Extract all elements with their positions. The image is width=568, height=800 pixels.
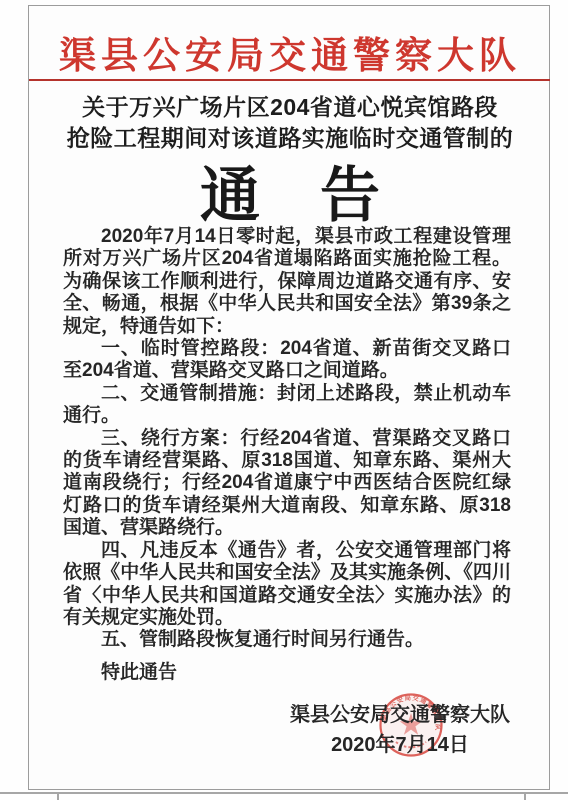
notice-paragraph-intro: 2020年7月14日零时起，渠县市政工程建设管理所对万兴广场片区204省道塌陷路… [63, 226, 511, 338]
signature-block: 渠县公安局交通警察大队 2020年7月14日 [290, 700, 510, 760]
bottom-page-divider [0, 792, 568, 794]
notice-subtitle-line1: 关于万兴广场片区204省道心悦宾馆路段 [28, 89, 552, 122]
notice-paragraph-item2: 二、交通管制措施：封闭上述路段，禁止机动车通行。 [63, 383, 511, 428]
notice-paragraph-item5: 五、管制路段恢复通行时间另行通告。 [63, 629, 511, 651]
notice-body: 2020年7月14日零时起，渠县市政工程建设管理所对万兴广场片区204省道塌陷路… [63, 226, 511, 684]
signature-date: 2020年7月14日 [290, 730, 510, 760]
header-divider-rule [29, 79, 550, 81]
notice-closing: 特此通告 [63, 662, 511, 684]
bottom-frame-stub-right [524, 793, 526, 800]
notice-paragraph-item4: 四、凡违反本《通告》者，公安交通管理部门将依照《中华人民共和国安全法》及其实施条… [63, 540, 511, 630]
bottom-frame-stub-left [57, 793, 59, 800]
notice-title: 通 告 [28, 148, 552, 234]
notice-page: 渠县公安局交通警察大队 关于万兴广场片区204省道心悦宾馆路段 抢险工程期间对该… [0, 0, 568, 800]
notice-paragraph-item1: 一、临时管控路段：204省道、新苗街交叉路口至204省道、营渠路交叉路口之间道路… [63, 338, 511, 383]
notice-paragraph-item3: 三、绕行方案：行经204省道、营渠路交叉路口的货车请经营渠路、原318国道、知章… [63, 428, 511, 540]
agency-header: 渠县公安局交通警察大队 [28, 25, 552, 79]
signature-agency: 渠县公安局交通警察大队 [290, 700, 510, 730]
